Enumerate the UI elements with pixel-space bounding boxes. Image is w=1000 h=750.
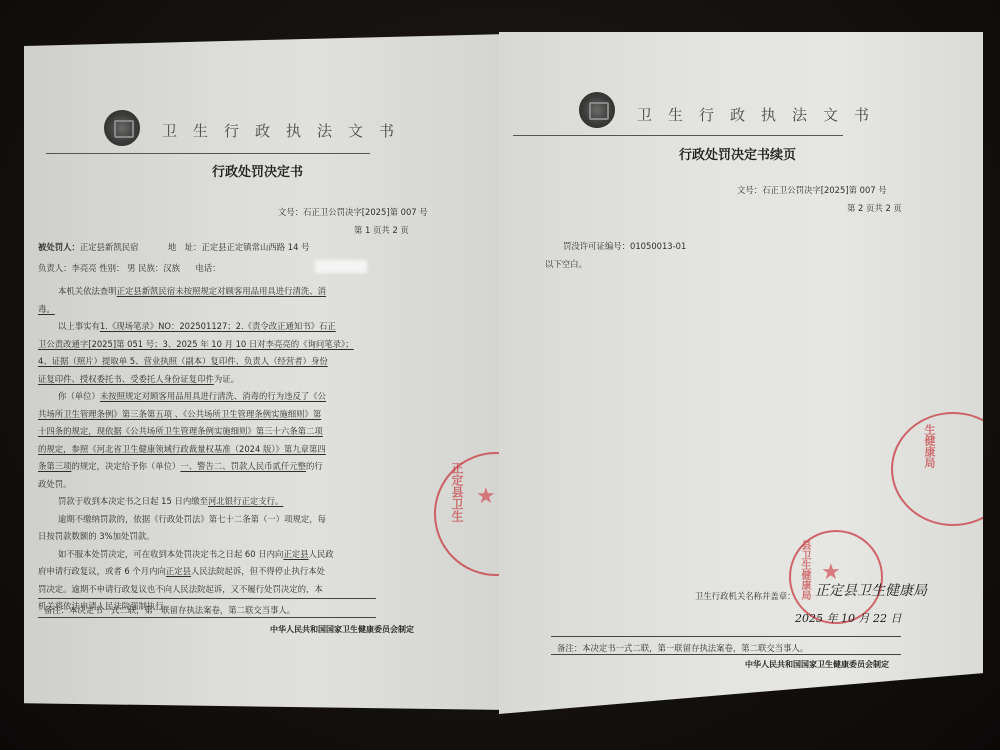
remark-note: 备注：本决定书一式二联，第一联留存执法案卷，第二联交当事人。 bbox=[44, 604, 295, 616]
seal-text: 正定县卫生 bbox=[449, 462, 466, 522]
body-text: 罚款于收到本决定书之日起 15 日内缴至 bbox=[58, 496, 208, 506]
phone-label: 电话： bbox=[195, 263, 220, 273]
note-rule-top bbox=[38, 598, 376, 599]
series-title: 卫生行政执法文书 bbox=[637, 104, 885, 125]
body-line: 逾期不缴纳罚款的，依据《行政处罚法》第七十二条第（一）项规定，每 bbox=[58, 513, 326, 525]
agency-signature: 正定县卫生健康局 bbox=[815, 580, 927, 600]
body-line: 罚款于收到本决定书之日起 15 日内缴至河北银行正定支行。 bbox=[58, 495, 283, 507]
underlined-fill-text: 条第三项 bbox=[38, 461, 72, 471]
official-seal-right-edge bbox=[891, 412, 983, 526]
underlined-fill-text: 毒。 bbox=[38, 304, 55, 314]
remark-note: 备注：本决定书一式二联，第一联留存执法案卷，第二联交当事人。 bbox=[557, 642, 808, 654]
address: 正定县正定镇常山西路 14 号 bbox=[201, 242, 309, 252]
underlined-fill-text: 的规定，参照《河北省卫生健康领域行政裁量权基准（2024 版）》第九章第四 bbox=[38, 444, 326, 454]
body-line: 条第三项的规定，决定给予你（单位）一、警告二、罚款人民币贰仟元整的行 bbox=[38, 460, 323, 472]
body-text: 的规定，决定给予你（单位） bbox=[72, 461, 181, 471]
page-indicator: 第 2 页共 2 页 bbox=[847, 202, 902, 214]
body-line: 以上事实有1.《现场笔录》NO：202501127；2.《责令改正通知书》石正 bbox=[58, 320, 336, 332]
body-line: 共场所卫生管理条例》第三条第五项 、《公共场所卫生管理条例实施细则》第 bbox=[38, 408, 321, 420]
underlined-fill-text: 未按照规定对顾客用品用具进行清洗、消毒的行为违反了《公 bbox=[100, 391, 326, 401]
decision-page-2: 卫生行政执法文书 行政处罚决定书续页 文号：石正卫公罚决字[2025]第 007… bbox=[499, 32, 983, 714]
party-name: 正定县新凯民宿 bbox=[80, 242, 139, 252]
seal-text: 县卫生健康局 bbox=[797, 540, 812, 600]
body-line: 如不服本处罚决定，可在收到本处罚决定书之日起 60 日内向正定县人民政 bbox=[58, 548, 334, 560]
blank-note: 以下空白。 bbox=[545, 258, 587, 270]
body-text: 如不服本处罚决定，可在收到本处罚决定书之日起 60 日内向 bbox=[58, 549, 283, 559]
decision-page-1: 卫生行政执法文书 行政处罚决定书 文号：石正卫公罚决字[2025]第 007 号… bbox=[24, 34, 508, 710]
license-number: 罚没许可证编号：01050013-01 bbox=[563, 240, 686, 252]
person-row: 负责人：李亮亮 性别： 男 民族：汉族 电话： bbox=[38, 262, 220, 274]
body-text: 日按罚款数额的 3%加处罚款。 bbox=[38, 531, 154, 541]
official-seal-left bbox=[434, 452, 508, 576]
body-text: 的行 bbox=[306, 461, 323, 471]
body-line: 罚决定。逾期不申请行政复议也不向人民法院起诉，又不履行处罚决定的，本 bbox=[38, 583, 323, 595]
body-text: 本机关依法查明 bbox=[58, 286, 117, 296]
signature-date: 2025 年 10 月 22 日 bbox=[795, 610, 901, 626]
body-line: 十四条的规定，现依据《公共场所卫生管理条例实施细则》第三十六条第二项 bbox=[38, 425, 323, 437]
underlined-fill-text: 证复印件、授权委托书、受委托人身份证复印件 bbox=[38, 374, 214, 384]
page-indicator: 第 1 页共 2 页 bbox=[354, 224, 409, 236]
series-title: 卫生行政执法文书 bbox=[162, 120, 410, 141]
document-title: 行政处罚决定书 bbox=[212, 161, 303, 180]
body-text: 罚决定。逾期不申请行政复议也不向人民法院起诉，又不履行处罚决定的，本 bbox=[38, 584, 323, 594]
document-number: 文号：石正卫公罚决字[2025]第 007 号 bbox=[278, 206, 428, 218]
person-name: 李亮亮 bbox=[72, 263, 97, 273]
underlined-fill-text: 正定县新凯民宿未按照规定对顾客用品用具进行清洗、消 bbox=[117, 286, 326, 296]
seal-star-icon: ★ bbox=[476, 486, 496, 508]
body-line: 日按罚款数额的 3%加处罚款。 bbox=[38, 530, 154, 542]
underlined-fill-text: 一、警告二、罚款人民币贰仟元整 bbox=[180, 461, 306, 471]
seal-edge-text: 生健康局 bbox=[921, 424, 937, 468]
body-text: 为证。 bbox=[214, 374, 239, 384]
ethnicity: 汉族 bbox=[163, 263, 180, 273]
body-text: 逾期不缴纳罚款的，依据《行政处罚法》第七十二条第（一）项规定，每 bbox=[58, 514, 326, 524]
underlined-fill-text: 正定县 bbox=[166, 566, 191, 576]
party-row: 被处罚人：正定县新凯民宿 地 址：正定县正定镇常山西路 14 号 bbox=[38, 241, 309, 253]
body-line: 本机关依法查明正定县新凯民宿未按照规定对顾客用品用具进行清洗、消 bbox=[58, 285, 326, 297]
body-text: 人民政 bbox=[308, 549, 333, 559]
address-label: 地 址： bbox=[168, 242, 202, 252]
body-text: 你（单位） bbox=[58, 391, 100, 401]
body-line: 政处罚。 bbox=[38, 478, 72, 490]
underlined-fill-text: 共场所卫生管理条例》第三条第五项 、《公共场所卫生管理条例实施细则》第 bbox=[38, 409, 321, 419]
underlined-fill-text: 河北银行正定支行。 bbox=[208, 496, 283, 506]
document-number: 文号：石正卫公罚决字[2025]第 007 号 bbox=[737, 184, 887, 196]
seal-label: 卫生行政机关名称并盖章： bbox=[695, 590, 796, 602]
body-text: 人民法院起诉，但不得停止执行本处 bbox=[191, 566, 325, 576]
header-rule bbox=[46, 153, 370, 154]
underlined-fill-text: 卫公责改通字[2025]第 051 号；3、2025 年 10 月 10 日对李… bbox=[38, 339, 354, 349]
issuer-credit: 中华人民共和国国家卫生健康委员会制定 bbox=[745, 659, 889, 670]
ethnicity-label: 民族： bbox=[138, 263, 163, 273]
underlined-fill-text: 十四条的规定，现依据《公共场所卫生管理条例实施细则》第三十六条第二项 bbox=[38, 426, 323, 436]
note-rule-bottom bbox=[551, 654, 901, 655]
body-line: 的规定，参照《河北省卫生健康领域行政裁量权基准（2024 版）》第九章第四 bbox=[38, 443, 326, 455]
national-emblem-icon bbox=[579, 92, 615, 128]
body-line: 毒。 bbox=[38, 303, 55, 315]
party-label: 被处罚人： bbox=[38, 242, 80, 252]
body-line: 卫公责改通字[2025]第 051 号；3、2025 年 10 月 10 日对李… bbox=[38, 338, 354, 350]
issuer-credit: 中华人民共和国国家卫生健康委员会制定 bbox=[270, 624, 414, 635]
body-line: 4、证据（照片）提取单 5、营业执照（副本）复印件、负责人（经营者）身份 bbox=[38, 355, 328, 367]
person-label: 负责人： bbox=[38, 263, 72, 273]
underlined-fill-text: 正定县 bbox=[283, 549, 308, 559]
gender-label: 性别： bbox=[99, 263, 124, 273]
underlined-fill-text: 1.《现场笔录》NO：202501127；2.《责令改正通知书》石正 bbox=[100, 321, 336, 331]
body-line: 证复印件、授权委托书、受委托人身份证复印件为证。 bbox=[38, 373, 239, 385]
body-line: 府申请行政复议，或者 6 个月内向正定县人民法院起诉，但不得停止执行本处 bbox=[38, 565, 325, 577]
note-rule-top bbox=[551, 636, 901, 637]
underlined-fill-text: 4、证据（照片）提取单 5、营业执照（副本）复印件、负责人（经营者）身份 bbox=[38, 356, 328, 366]
phone-redaction bbox=[315, 260, 367, 273]
gender: 男 bbox=[127, 263, 135, 273]
note-rule-bottom bbox=[38, 617, 376, 618]
body-line: 你（单位）未按照规定对顾客用品用具进行清洗、消毒的行为违反了《公 bbox=[58, 390, 326, 402]
body-text: 政处罚。 bbox=[38, 479, 72, 489]
body-text: 以上事实有 bbox=[58, 321, 100, 331]
national-emblem-icon bbox=[104, 110, 140, 146]
body-text: 府申请行政复议，或者 6 个月内向 bbox=[38, 566, 166, 576]
header-rule bbox=[513, 135, 843, 136]
document-title: 行政处罚决定书续页 bbox=[679, 144, 796, 163]
